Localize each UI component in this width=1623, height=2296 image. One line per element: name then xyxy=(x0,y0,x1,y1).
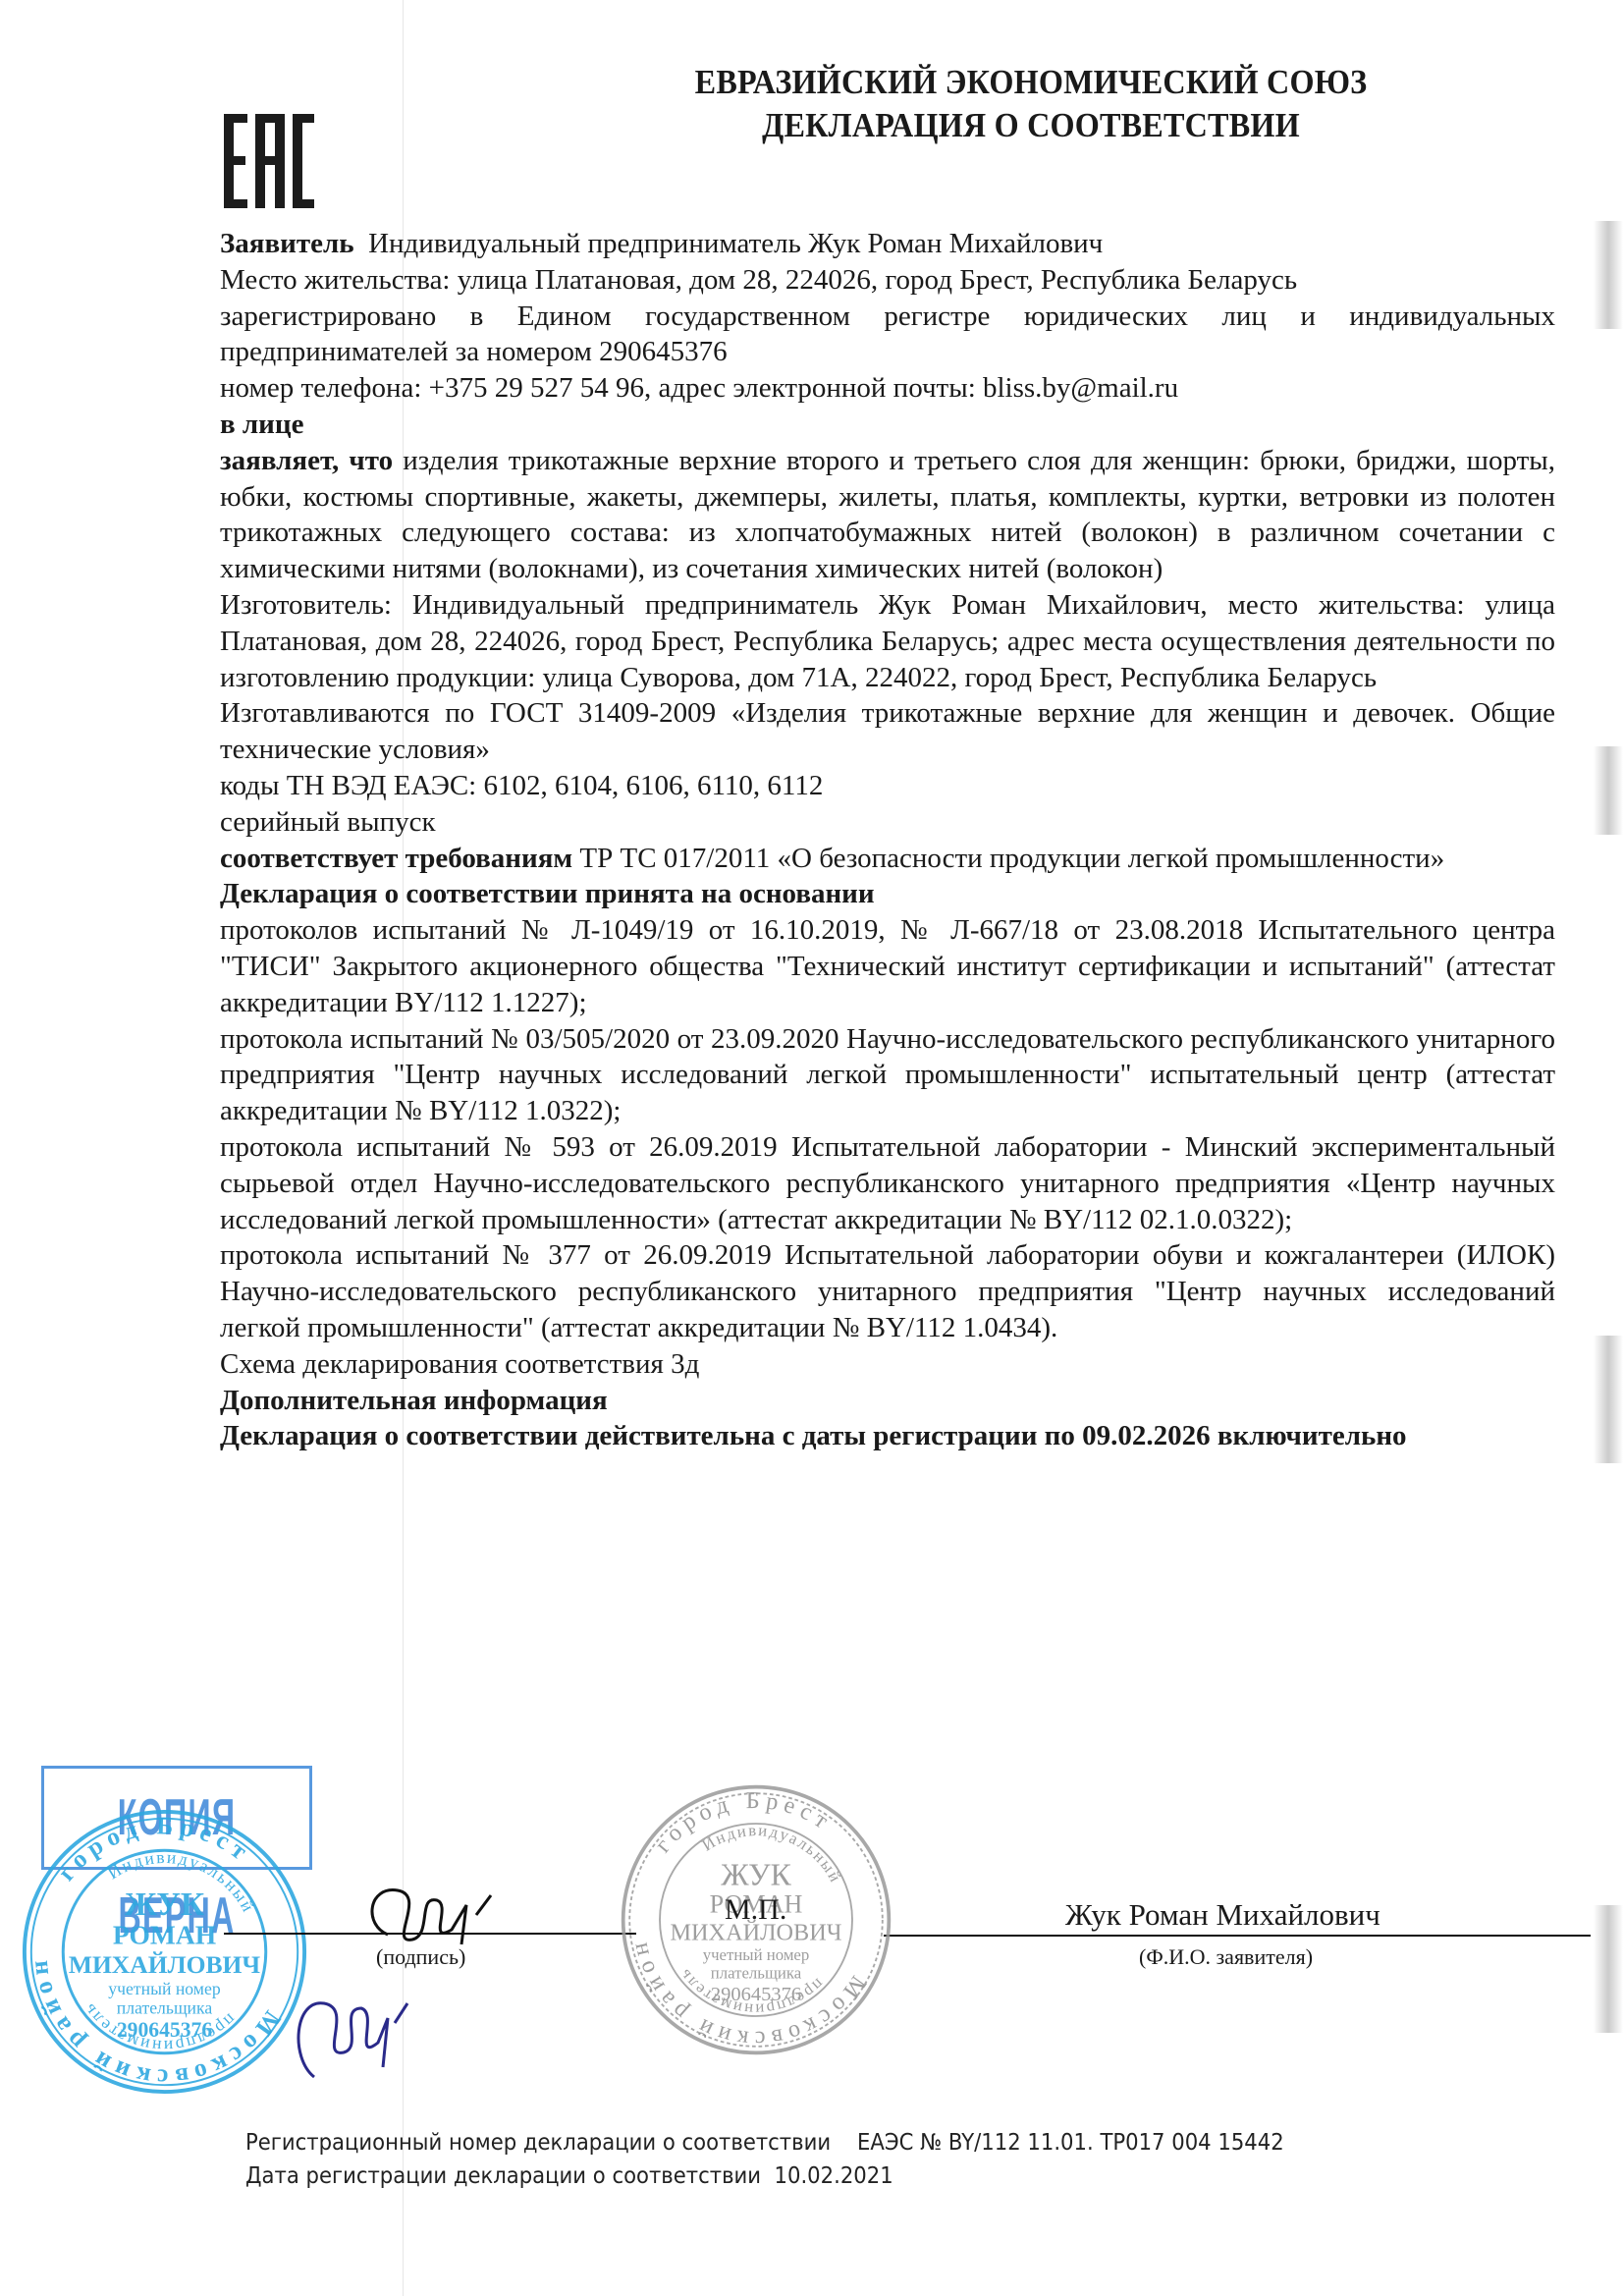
svg-text:плательщика: плательщика xyxy=(711,1964,802,1983)
document-header: ЕВРАЗИЙСКИЙ ЭКОНОМИЧЕСКИЙ СОЮЗ ДЕКЛАРАЦИ… xyxy=(642,61,1419,147)
declaration-body: Заявитель Индивидуальный предприниматель… xyxy=(220,226,1555,1454)
production-type: серийный выпуск xyxy=(220,804,1555,841)
conformity-label: соответствует требованиям xyxy=(220,843,572,874)
applicant-contacts: номер телефона: +375 29 527 54 96, адрес… xyxy=(220,370,1555,407)
protocol-item: протокола испытаний № 593 от 26.09.2019 … xyxy=(220,1129,1555,1237)
manufacturer-paragraph: Изготовитель: Индивидуальный предпринима… xyxy=(220,587,1555,695)
scan-artifact-smear xyxy=(1594,1336,1623,1463)
additional-info-heading: Дополнительная информация xyxy=(220,1383,1555,1419)
blue-ink-signature xyxy=(285,1979,412,2087)
scan-artifact-smear xyxy=(1594,746,1623,835)
declares-text: изделия трикотажные верхние второго и тр… xyxy=(220,445,1555,584)
applicant-label: Заявитель xyxy=(220,228,354,259)
conformity-text: ТР ТС 017/2011 «О безопасности продукции… xyxy=(579,843,1444,874)
signature-section: КОПИЯ ВЕРНА город Брест Московский район… xyxy=(0,1758,1623,2092)
name-line xyxy=(884,1935,1591,1937)
protocol-item: протокола испытаний № 03/505/2020 от 23.… xyxy=(220,1021,1555,1129)
eac-mark-icon xyxy=(224,114,314,208)
signature-caption: (подпись) xyxy=(376,1944,465,1970)
scan-artifact-smear xyxy=(1594,221,1623,329)
applicant-residence: Место жительства: улица Платановая, дом … xyxy=(220,262,1555,299)
standard-paragraph: Изготавливаются по ГОСТ 31409-2009 «Изде… xyxy=(220,695,1555,768)
basis-heading: Декларация о соответствии принята на осн… xyxy=(220,876,1555,912)
protocol-item: протокола испытаний № 377 от 26.09.2019 … xyxy=(220,1237,1555,1345)
header-union-title: ЕВРАЗИЙСКИЙ ЭКОНОМИЧЕСКИЙ СОЮЗ xyxy=(642,61,1419,104)
registration-date-label: Дата регистрации декларации о соответств… xyxy=(245,2163,761,2189)
svg-text:290645376: 290645376 xyxy=(117,2018,212,2042)
applicant-name: Индивидуальный предприниматель Жук Роман… xyxy=(368,228,1103,259)
svg-text:ЖУК: ЖУК xyxy=(721,1858,791,1892)
registration-number-label: Регистрационный номер декларации о соотв… xyxy=(245,2130,831,2156)
declares-label: заявляет, что xyxy=(220,445,393,476)
svg-text:учетный номер: учетный номер xyxy=(703,1945,810,1964)
validity-statement: Декларация о соответствии действительна … xyxy=(220,1418,1555,1454)
svg-text:плательщика: плательщика xyxy=(117,1997,213,2017)
svg-text:РОМАН: РОМАН xyxy=(113,1920,216,1950)
applicant-line: Заявитель Индивидуальный предприниматель… xyxy=(220,226,1555,262)
svg-text:МИХАЙЛОВИЧ: МИХАЙЛОВИЧ xyxy=(69,1950,261,1979)
protocol-item: протоколов испытаний № Л-1049/19 от 16.1… xyxy=(220,912,1555,1020)
applicant-full-name: Жук Роман Михайлович xyxy=(1065,1897,1380,1933)
registration-number-row: Регистрационный номер декларации о соотв… xyxy=(245,2126,1383,2159)
name-caption: (Ф.И.О. заявителя) xyxy=(1139,1944,1313,1970)
seal-place-mark: М.П. xyxy=(725,1893,786,1927)
tn-ved-codes: коды ТН ВЭД ЕАЭС: 6102, 6104, 6106, 6110… xyxy=(220,768,1555,804)
applicant-registration: зарегистрировано в Едином государственно… xyxy=(220,299,1555,371)
blue-round-stamp: город Брест Московский район Индивидуаль… xyxy=(20,1807,309,2097)
svg-text:290645376: 290645376 xyxy=(711,1984,801,2005)
svg-text:учетный номер: учетный номер xyxy=(108,1979,221,1998)
header-declaration-title: ДЕКЛАРАЦИЯ О СООТВЕТСТВИИ xyxy=(642,104,1419,147)
registration-date-row: Дата регистрации декларации о соответств… xyxy=(245,2159,1383,2193)
registration-date-value: 10.02.2021 xyxy=(775,2163,893,2189)
registration-footer: Регистрационный номер декларации о соотв… xyxy=(245,2126,1383,2193)
in-person-label: в лице xyxy=(220,407,1555,443)
svg-text:ЖУК: ЖУК xyxy=(125,1886,204,1923)
declares-paragraph: заявляет, что изделия трикотажные верхни… xyxy=(220,443,1555,587)
declaration-scheme: Схема декларирования соответствия 3д xyxy=(220,1346,1555,1383)
registration-number-value: ЕАЭС № BY/112 11.01. ТР017 004 15442 xyxy=(857,2130,1284,2156)
conformity-paragraph: соответствует требованиям ТР ТС 017/2011… xyxy=(220,841,1555,877)
